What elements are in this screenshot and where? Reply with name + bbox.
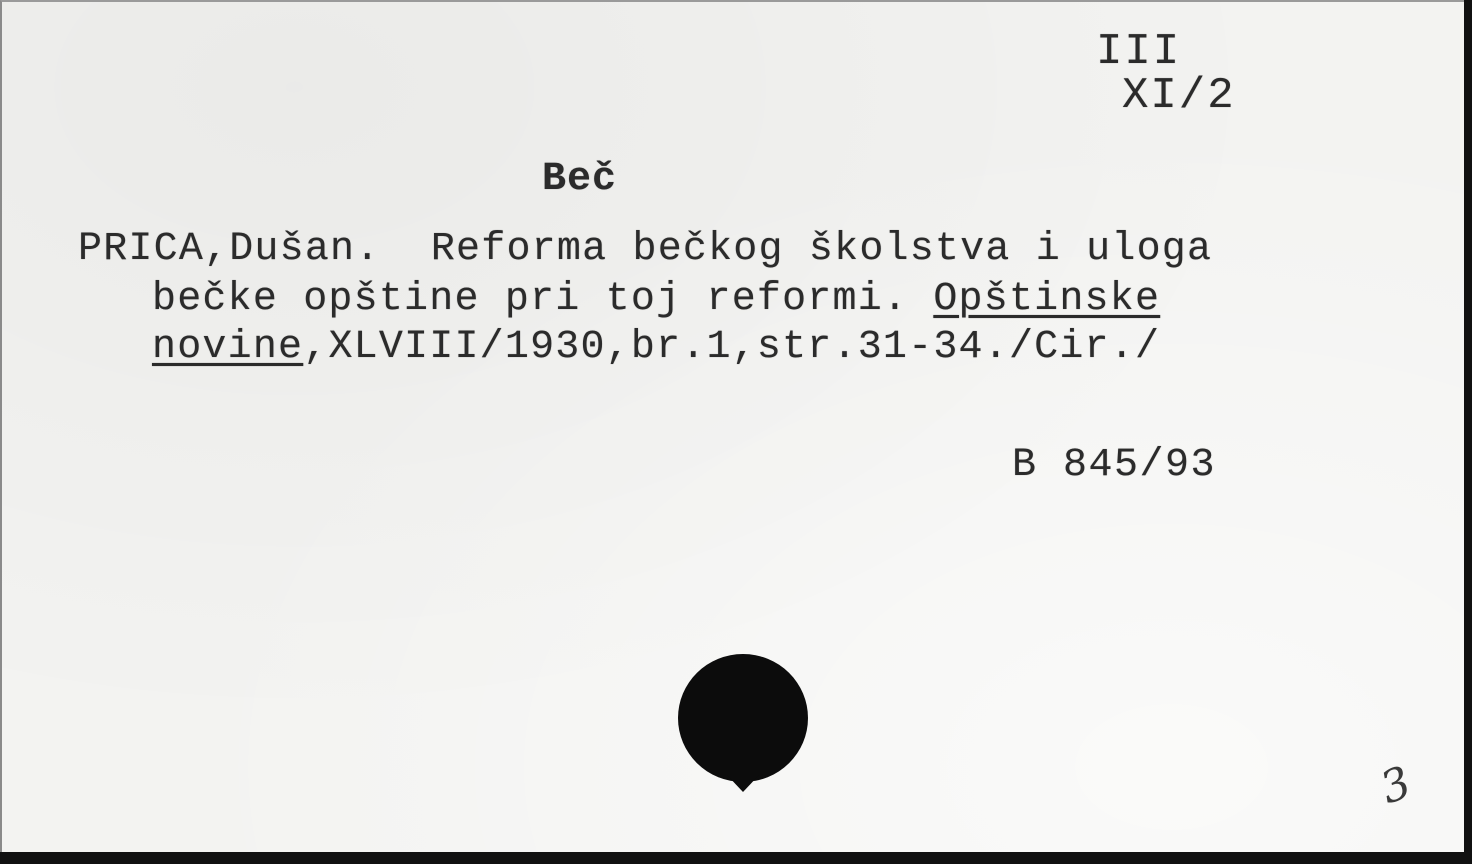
catalog-card: III XI/2 Beč PRICA,Dušan. Reforma bečkog… xyxy=(0,0,1464,852)
entry-line-2-text: bečke opštine pri toj reformi. xyxy=(152,277,933,322)
punch-hole xyxy=(678,654,808,782)
shelfmark: B 845/93 xyxy=(1012,446,1216,486)
subject-heading: Beč xyxy=(542,160,617,200)
card-edge-right xyxy=(1464,0,1472,864)
periodical-title-part-1: Opštinske xyxy=(933,277,1160,322)
entry-line-3: novine,XLVIII/1930,br.1,str.31-34./Cir./ xyxy=(152,328,1160,368)
card-edge-bottom xyxy=(0,852,1472,864)
classmark-line-2: XI/2 xyxy=(1122,74,1236,118)
entry-line-2: bečke opštine pri toj reformi. Opštinske xyxy=(152,280,1160,320)
classmark-line-1: III xyxy=(1096,30,1181,74)
entry-line-1: PRICA,Dušan. Reforma bečkog školstva i u… xyxy=(78,230,1212,270)
periodical-title-part-2: novine xyxy=(152,325,303,370)
entry-line-3-text: ,XLVIII/1930,br.1,str.31-34./Cir./ xyxy=(303,325,1160,370)
handwritten-mark: 3 xyxy=(1375,761,1416,812)
